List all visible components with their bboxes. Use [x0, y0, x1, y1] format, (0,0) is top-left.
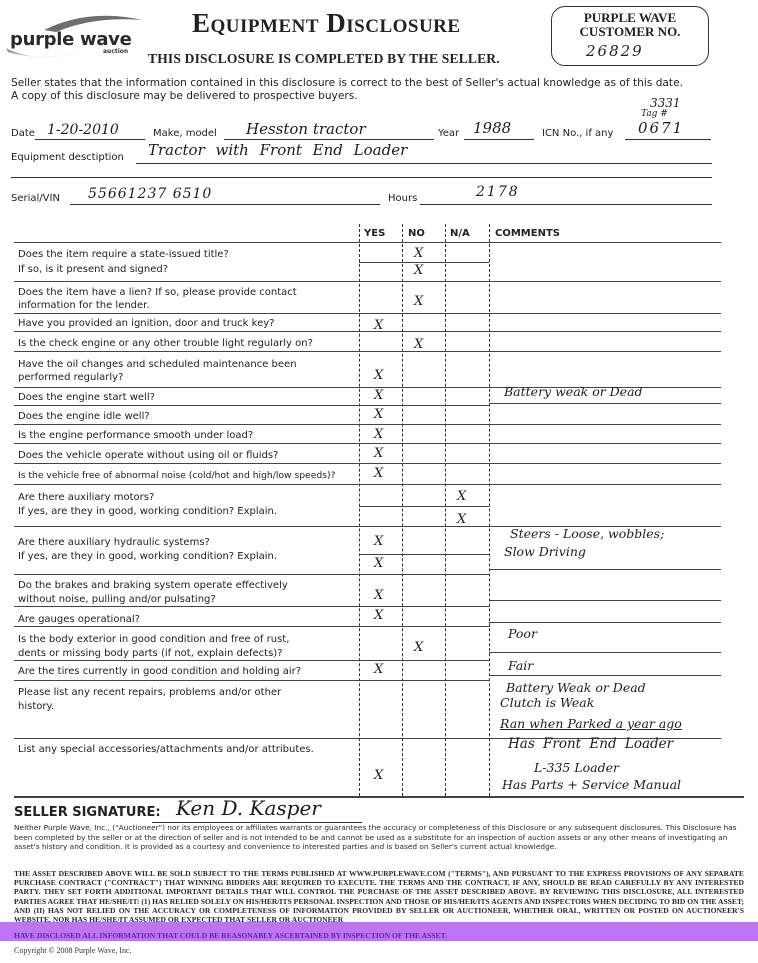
- col-header-yes: YES: [364, 228, 385, 239]
- copyright-text: Copyright © 2008 Purple Wave, Inc.: [14, 946, 132, 955]
- grid-hline: [359, 554, 489, 555]
- grid-hline: [14, 424, 490, 425]
- question-body-2: dents or missing body parts (if not, exp…: [18, 647, 283, 660]
- customer-box-label-2: CUSTOMER NO.: [552, 25, 708, 39]
- year-line: [464, 139, 534, 140]
- grid-hline: [14, 443, 490, 444]
- comment-accessories-1[interactable]: Has Front End Loader: [508, 736, 673, 752]
- grid-hline: [14, 281, 490, 282]
- question-lien-2: information for the lender.: [18, 299, 150, 312]
- question-tires: Are the tires currently in good conditio…: [18, 665, 301, 678]
- grid-hline: [489, 463, 721, 464]
- answer-mark-no[interactable]: X: [414, 263, 423, 278]
- grid-hline: [14, 463, 490, 464]
- question-repairs: Please list any recent repairs, problems…: [18, 686, 281, 699]
- question-aux-hydraulic-2: If yes, are they in good, working condit…: [18, 550, 277, 563]
- answer-mark-yes[interactable]: X: [374, 662, 383, 677]
- legal-terms-highlighted: have disclosed all information that coul…: [14, 931, 744, 940]
- grid-hline: [489, 351, 721, 352]
- grid-hline: [489, 331, 721, 332]
- question-aux-hydraulic: Are there auxiliary hydraulic systems?: [18, 536, 210, 549]
- icn-label: ICN No., if any: [542, 128, 613, 139]
- question-repairs-2: history.: [18, 700, 54, 713]
- answer-mark-no[interactable]: X: [414, 294, 423, 309]
- grid-hline: [14, 405, 490, 406]
- grid-vline: [489, 224, 490, 796]
- comment-accessories-2[interactable]: L-335 Loader: [534, 760, 619, 775]
- footer-divider: [14, 796, 744, 798]
- grid-vline: [359, 224, 360, 796]
- purple-wave-logo: purple wave auction: [4, 12, 144, 62]
- grid-hline: [489, 403, 721, 404]
- hours-field[interactable]: 2178: [476, 184, 520, 200]
- answer-mark-yes[interactable]: X: [374, 556, 383, 571]
- answer-mark-na[interactable]: X: [457, 512, 466, 527]
- question-title-required: Does the item require a state-issued tit…: [18, 248, 229, 261]
- icn-field[interactable]: 0671: [638, 119, 684, 137]
- grid-hline: [14, 331, 490, 332]
- grid-hline: [14, 606, 490, 607]
- comment-tires[interactable]: Fair: [508, 658, 533, 673]
- answer-mark-no[interactable]: X: [414, 246, 423, 261]
- answer-mark-yes[interactable]: X: [374, 368, 383, 383]
- col-header-comments: COMMENTS: [495, 228, 560, 239]
- question-brakes: Do the brakes and braking system operate…: [18, 579, 288, 592]
- comment-repairs-3[interactable]: Ran when Parked a year ago: [500, 716, 682, 731]
- icn-extra-note: 3331: [650, 96, 681, 110]
- question-aux-motors-2: If yes, are they in good, working condit…: [18, 505, 277, 518]
- grid-hline: [359, 506, 489, 507]
- grid-hline: [359, 262, 489, 263]
- grid-hline: [14, 574, 490, 575]
- page-subtitle: THIS DISCLOSURE IS COMPLETED BY THE SELL…: [148, 51, 500, 67]
- intro-line-2: A copy of this disclosure may be deliver…: [11, 90, 683, 103]
- serial-label: Serial/VIN: [11, 193, 60, 204]
- answer-mark-yes[interactable]: X: [374, 768, 383, 783]
- grid-hline: [14, 484, 490, 485]
- answer-mark-yes[interactable]: X: [374, 427, 383, 442]
- year-label: Year: [438, 128, 459, 139]
- grid-hline: [489, 242, 721, 243]
- answer-mark-yes[interactable]: X: [374, 407, 383, 422]
- intro-statement: Seller states that the information conta…: [11, 77, 683, 103]
- question-aux-motors: Are there auxiliary motors?: [18, 491, 154, 504]
- make-model-field[interactable]: Hesston tractor: [246, 120, 366, 138]
- grid-hline: [489, 484, 721, 485]
- grid-hline: [14, 626, 490, 627]
- comment-start[interactable]: Battery weak or Dead: [504, 384, 643, 399]
- grid-hline: [489, 424, 721, 425]
- logo-subtext: auction: [103, 48, 128, 55]
- question-keys: Have you provided an ignition, door and …: [18, 317, 274, 330]
- col-header-na: N/A: [450, 228, 470, 239]
- grid-hline: [14, 738, 490, 739]
- grid-hline: [14, 313, 490, 314]
- grid-hline: [489, 281, 721, 282]
- answer-mark-yes[interactable]: X: [374, 534, 383, 549]
- answer-mark-yes[interactable]: X: [374, 588, 383, 603]
- question-gauges: Are gauges operational?: [18, 613, 140, 626]
- serial-vin-field[interactable]: 55661237 6510: [88, 186, 212, 202]
- grid-hline: [14, 387, 490, 388]
- question-maintenance-2: performed regularly?: [18, 371, 123, 384]
- question-title-signed: If so, is it present and signed?: [18, 263, 168, 276]
- customer-number-box: PURPLE WAVE CUSTOMER NO. 26829: [551, 6, 709, 66]
- answer-mark-yes[interactable]: X: [374, 446, 383, 461]
- comment-body[interactable]: Poor: [508, 626, 537, 641]
- equipment-description-field[interactable]: Tractor with Front End Loader: [148, 141, 407, 159]
- answer-mark-no[interactable]: X: [414, 640, 423, 655]
- disclaimer-text: Neither Purple Wave, Inc., ("Auctioneer"…: [14, 823, 744, 852]
- make-line: [224, 139, 434, 140]
- make-label: Make, model: [153, 128, 217, 139]
- customer-box-label-1: PURPLE WAVE: [552, 11, 708, 25]
- grid-hline: [489, 622, 721, 623]
- answer-mark-yes[interactable]: X: [374, 608, 383, 623]
- grid-hline: [489, 600, 721, 601]
- grid-hline: [489, 675, 721, 676]
- question-idle: Does the engine idle well?: [18, 410, 150, 423]
- question-fluids: Does the vehicle operate without using o…: [18, 449, 278, 462]
- signature-label: SELLER SIGNATURE:: [14, 805, 161, 820]
- description-label: Equipment desctiption: [11, 152, 124, 163]
- col-header-no: NO: [408, 228, 425, 239]
- logo-text: purple wave: [10, 29, 132, 50]
- grid-hline: [14, 660, 490, 661]
- icn-line: [625, 139, 711, 140]
- customer-number-value[interactable]: 26829: [552, 42, 708, 60]
- seller-signature-field[interactable]: Ken D. Kasper: [176, 796, 321, 820]
- grid-hline: [489, 443, 721, 444]
- description-line-2: [11, 177, 712, 178]
- date-line: [35, 139, 145, 140]
- grid-vline: [402, 224, 403, 796]
- date-field[interactable]: 1-20-2010: [47, 122, 119, 138]
- question-brakes-2: without noise, pulling and/or pulsating?: [18, 593, 216, 606]
- question-lien: Does the item have a lien? If so, please…: [18, 286, 297, 299]
- grid-hline: [489, 313, 721, 314]
- hours-line: [420, 204, 712, 205]
- question-body: Is the body exterior in good condition a…: [18, 633, 289, 646]
- answer-mark-yes[interactable]: X: [374, 466, 383, 481]
- question-maintenance: Have the oil changes and scheduled maint…: [18, 358, 297, 371]
- question-noise: Is the vehicle free of abnormal noise (c…: [18, 469, 335, 482]
- grid-hline: [14, 526, 490, 527]
- grid-hline: [14, 242, 490, 243]
- comment-hydraulic-2[interactable]: Slow Driving: [504, 544, 586, 559]
- answer-mark-yes[interactable]: X: [374, 388, 383, 403]
- description-line: [136, 163, 712, 164]
- answer-mark-yes[interactable]: X: [374, 318, 383, 333]
- comment-repairs-2[interactable]: Clutch is Weak: [500, 695, 594, 710]
- icn-tag-note: Tag #: [641, 109, 668, 119]
- question-start: Does the engine start well?: [18, 391, 155, 404]
- answer-mark-no[interactable]: X: [414, 337, 423, 352]
- year-field[interactable]: 1988: [473, 119, 511, 137]
- question-check-engine: Is the check engine or any other trouble…: [18, 337, 313, 350]
- hours-label: Hours: [388, 193, 417, 204]
- grid-hline: [489, 652, 721, 653]
- comment-hydraulic[interactable]: Steers - Loose, wobbles;: [510, 526, 664, 541]
- answer-mark-na[interactable]: X: [457, 489, 466, 504]
- comment-accessories-3[interactable]: Has Parts + Service Manual: [502, 777, 681, 792]
- legal-terms-text: The asset described above will be sold s…: [14, 869, 744, 924]
- grid-hline: [489, 569, 721, 570]
- comment-repairs-1[interactable]: Battery Weak or Dead: [506, 680, 646, 695]
- grid-vline: [445, 224, 446, 796]
- question-accessories: List any special accessories/attachments…: [18, 743, 314, 756]
- question-performance: Is the engine performance smooth under l…: [18, 429, 253, 442]
- page-title: Equipment Disclosure: [192, 8, 461, 39]
- date-label: Date: [11, 128, 35, 139]
- serial-line: [70, 204, 380, 205]
- grid-hline: [14, 680, 490, 681]
- intro-line-1: Seller states that the information conta…: [11, 77, 683, 90]
